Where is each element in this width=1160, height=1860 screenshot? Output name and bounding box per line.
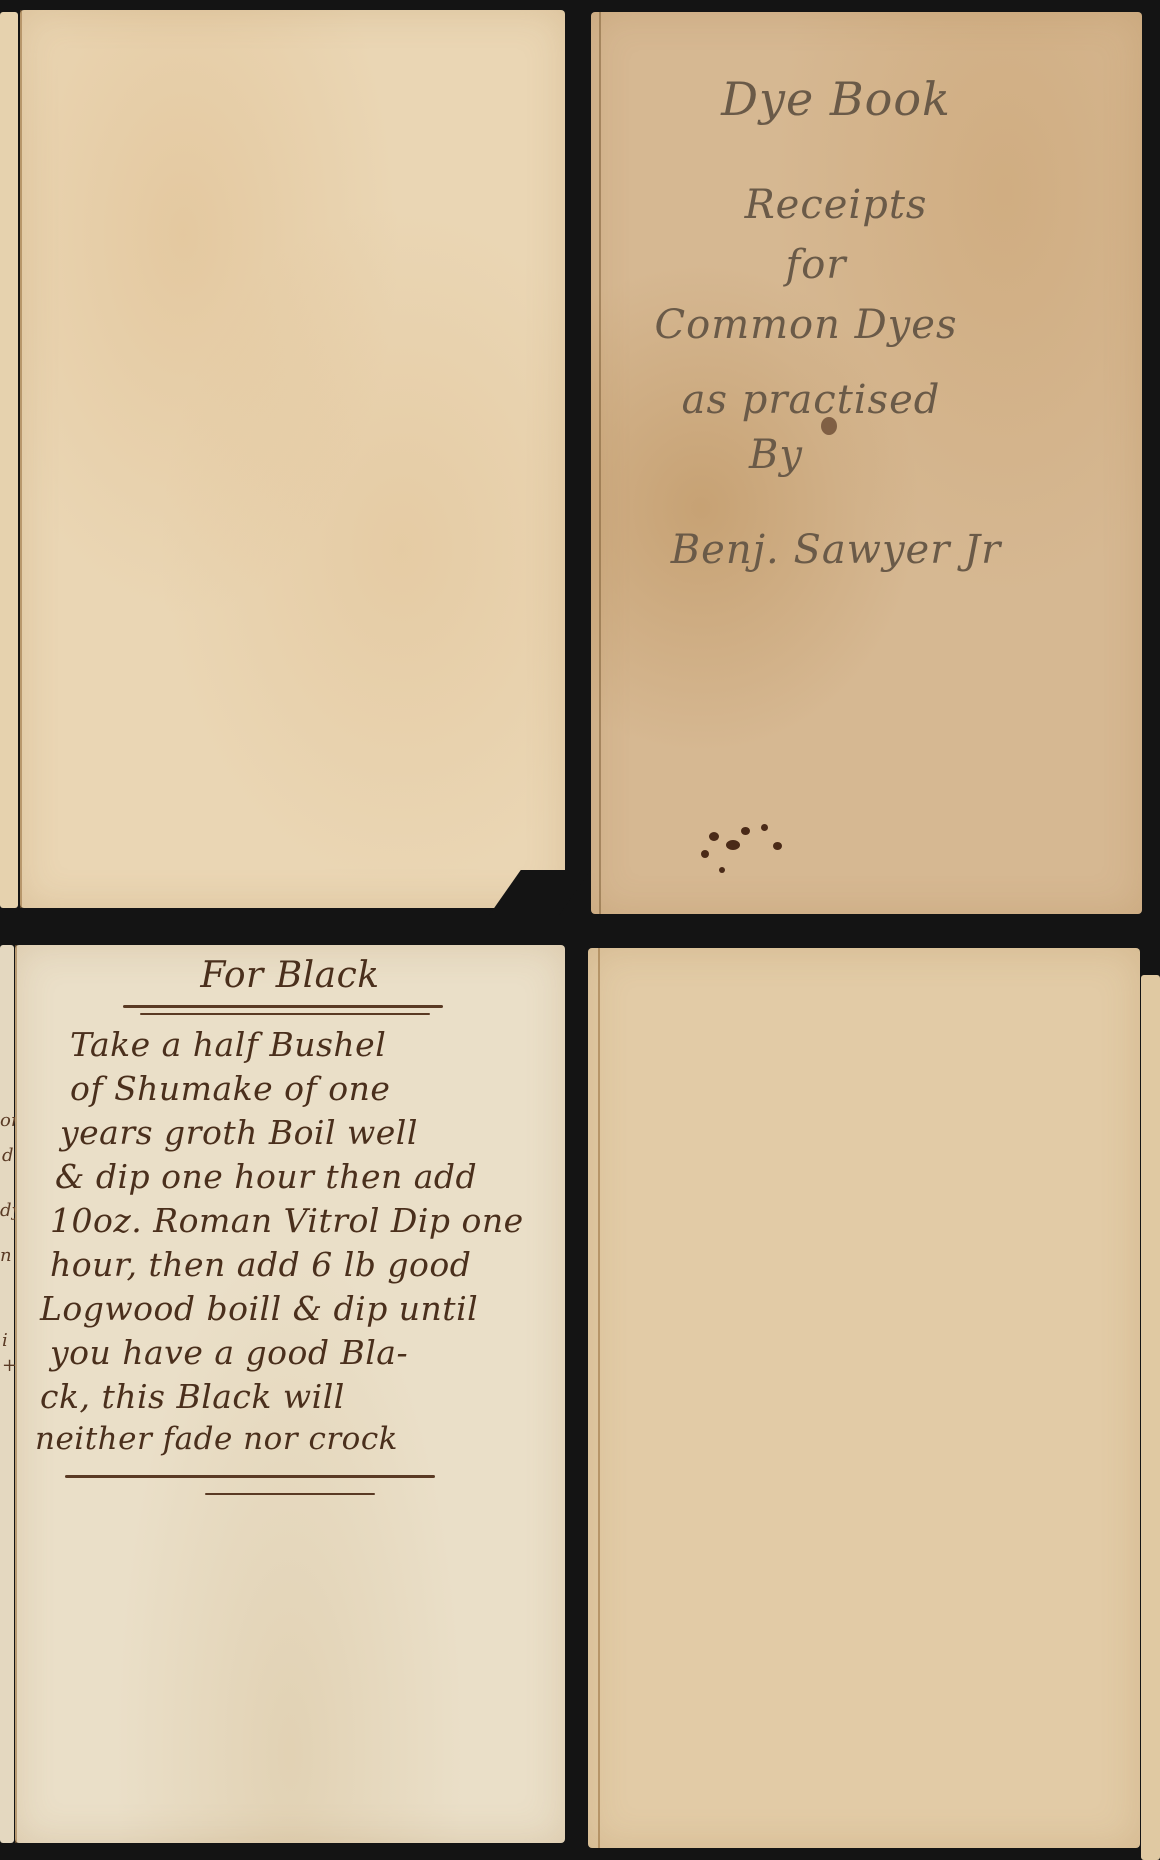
closing-flourish (65, 1475, 435, 1478)
blank-page-bottom-right (588, 948, 1140, 1848)
recipe-line: years groth Boil well (60, 1113, 418, 1152)
left-page-edge-strip (0, 945, 14, 1843)
cover-line: Common Dyes (655, 302, 958, 348)
right-page-edge-strip (1141, 975, 1160, 1860)
recipe-line: neither fade nor crock (35, 1421, 398, 1457)
foxing-stain (761, 824, 768, 831)
recipe-line: Logwood boill & dip until (40, 1289, 478, 1328)
foxing-stain (726, 840, 740, 850)
recipe-line: of Shumake of one (70, 1069, 390, 1108)
foxing-stain (719, 867, 725, 873)
cover-page: Dye Book Receipts for Common Dyes as pra… (591, 12, 1142, 914)
cover-title-line: Dye Book (721, 72, 951, 126)
foxing-stain (773, 842, 782, 850)
spine-line (598, 948, 600, 1848)
margin-fragment: d (2, 1145, 14, 1166)
cover-line: By (749, 432, 803, 478)
spine-line (15, 945, 17, 1843)
closing-flourish (205, 1493, 375, 1495)
left-page-edge-strip (0, 12, 18, 908)
title-underline-flourish (123, 1005, 443, 1008)
recipe-page: For Black Take a half Bushel of Shumake … (15, 945, 565, 1843)
cover-line: for (785, 242, 846, 288)
foxing-stain (701, 850, 709, 858)
cover-line: Receipts (745, 182, 928, 228)
ink-blot (821, 417, 837, 435)
margin-fragment: n (0, 1245, 12, 1266)
blank-page-top-left (20, 10, 565, 908)
cover-line: as practised (682, 377, 941, 423)
recipe-line: hour, then add 6 lb good (50, 1245, 471, 1284)
recipe-line: Take a half Bushel (70, 1025, 386, 1064)
foxing-stain (709, 832, 719, 841)
recipe-line: & dip one hour then add (55, 1157, 477, 1196)
recipe-line: 10oz. Roman Vitrol Dip one (50, 1201, 524, 1240)
foxing-stain (741, 827, 750, 835)
cover-spine-line (599, 12, 601, 914)
cover-author-line: Benj. Sawyer Jr (671, 527, 1001, 573)
margin-fragment: i (2, 1330, 8, 1351)
recipe-line: ck, this Black will (40, 1377, 345, 1416)
recipe-title: For Black (200, 955, 379, 996)
spine-line (20, 10, 22, 908)
recipe-line: you have a good Bla- (50, 1333, 408, 1372)
title-underline-flourish (140, 1013, 430, 1015)
